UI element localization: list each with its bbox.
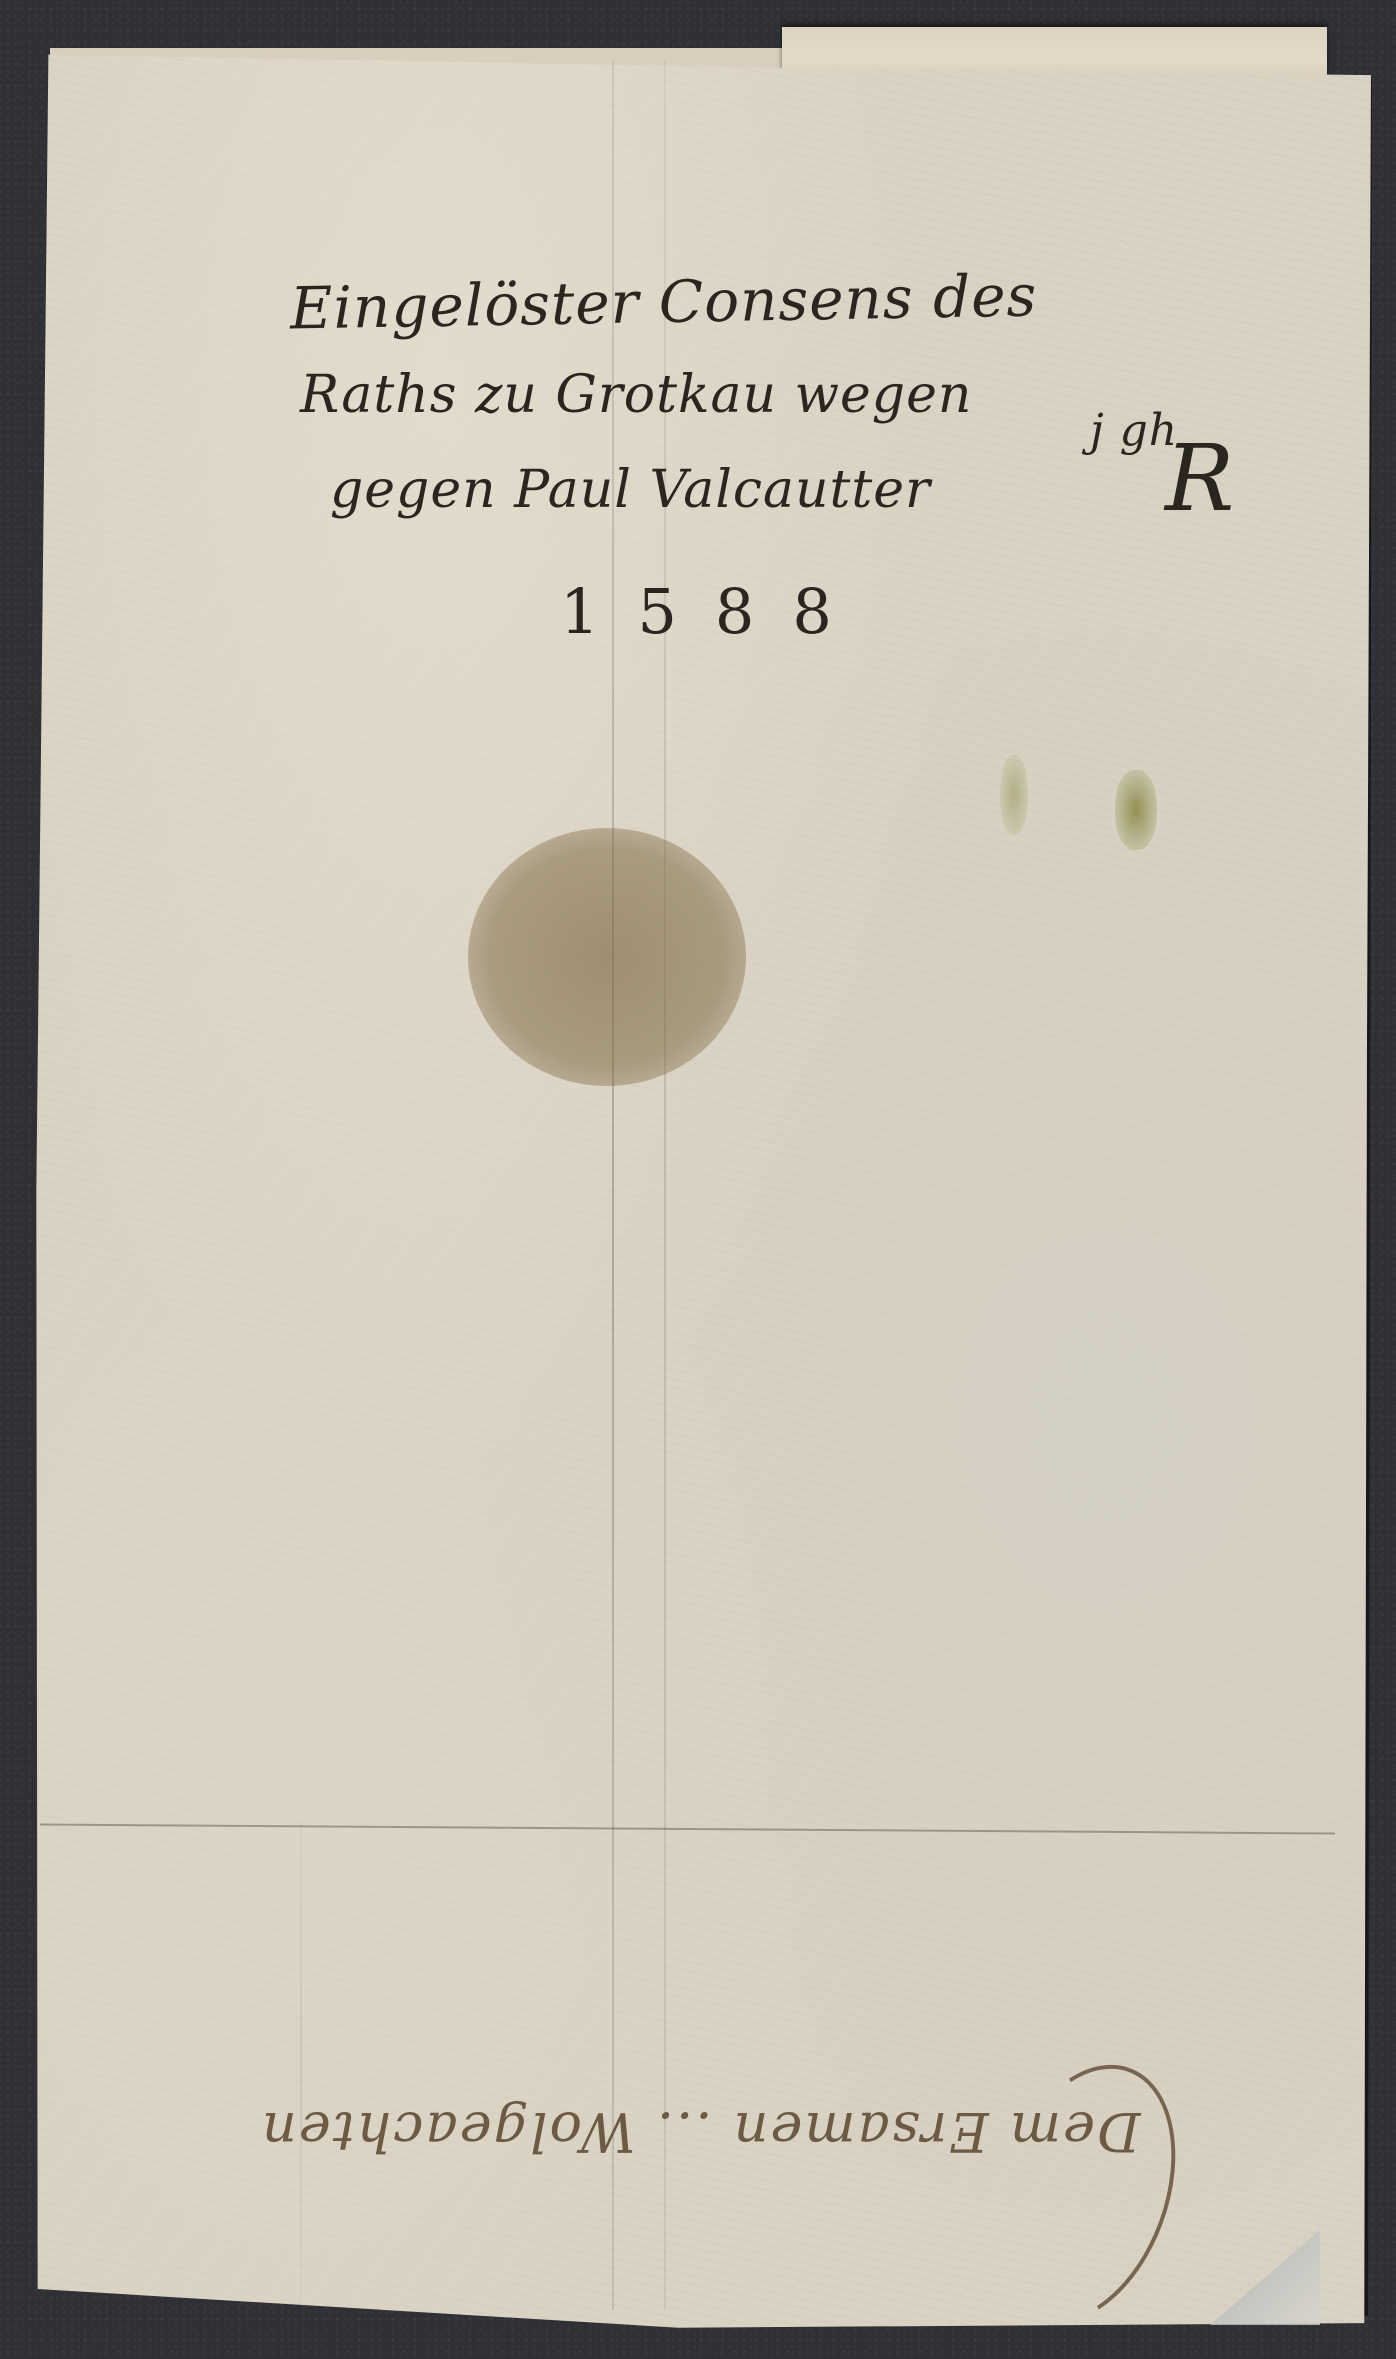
green-stain	[1115, 770, 1157, 850]
address-inscription-upside-down: Dem Ersamen ... Wolgeachten	[260, 2100, 1140, 2163]
endorsement-line-1: Eingelöster Consens des	[289, 261, 1037, 342]
endorsement-line-2: Raths zu Grotkau wegen	[300, 365, 972, 425]
seal-stain	[468, 828, 746, 1086]
archival-mark: R	[1165, 425, 1235, 532]
endorsement-year: 1588	[560, 575, 870, 648]
green-stain	[1000, 755, 1028, 835]
endorsement-line-3: gegen Paul Valcautter	[330, 460, 931, 520]
vertical-fold-line	[300, 1820, 302, 2300]
